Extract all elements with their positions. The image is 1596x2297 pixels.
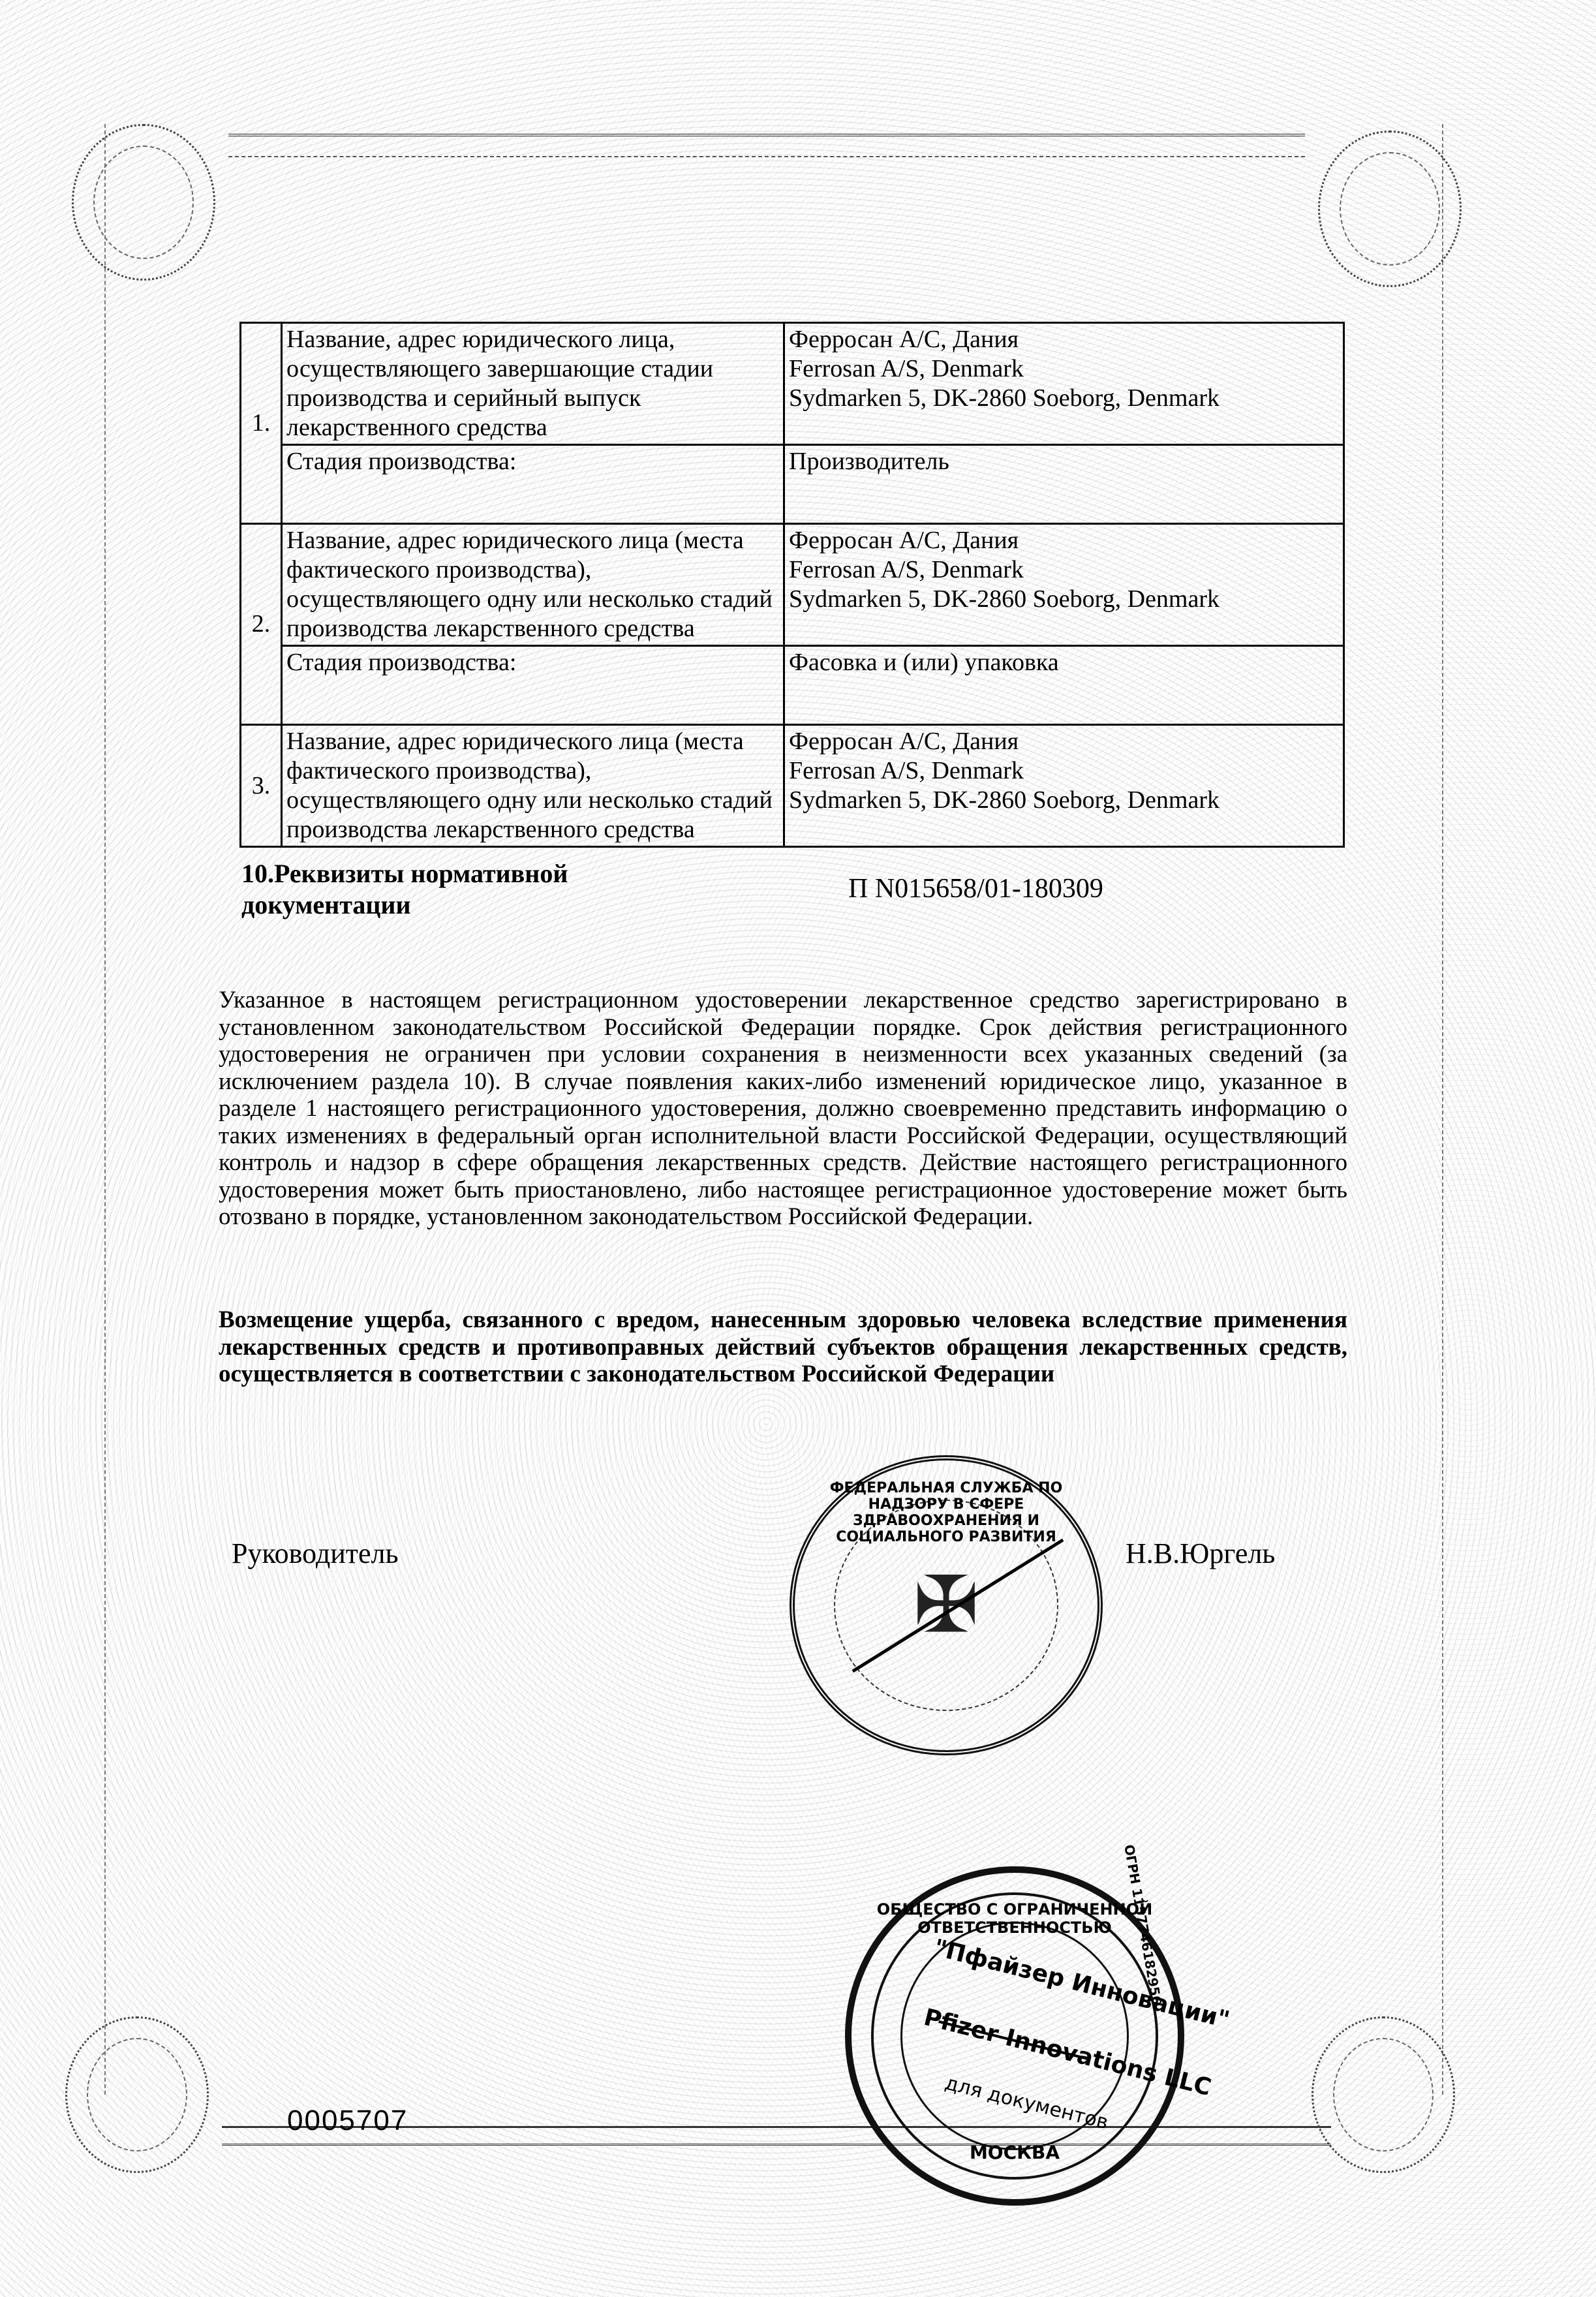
table-row: 2. Название, адрес юридического лица (ме…	[241, 524, 1344, 646]
government-seal-stamp: ФЕДЕРАЛЬНАЯ СЛУЖБА ПО НАДЗОРУ В СФЕРЕ ЗД…	[790, 1455, 1103, 1755]
label-line: фактического производства),	[286, 555, 779, 585]
ornamental-border-top	[228, 134, 1305, 157]
normative-document-code: П N015658/01-180309	[848, 873, 1103, 904]
value-line: Ferrosan A/S, Denmark	[789, 756, 1339, 786]
table-row: Стадия производства: Производитель	[241, 445, 1344, 524]
value-line: Ferrosan A/S, Denmark	[789, 555, 1339, 585]
company-stamp: ОБЩЕСТВО С ОГРАНИЧЕННОЙ ОТВЕТСТВЕННОСТЬЮ…	[845, 1866, 1184, 2206]
stamp-city: МОСКВА	[852, 2142, 1178, 2163]
stage-value: Производитель	[784, 445, 1344, 524]
value-line: Sydmarken 5, DK-2860 Soeborg, Denmark	[789, 585, 1339, 614]
rosette-ornament-icon	[65, 2016, 209, 2173]
entity-name-value: Ферросан А/С, Дания Ferrosan A/S, Denmar…	[784, 725, 1344, 847]
validity-paragraph: Указанное в настоящем регистрационном уд…	[219, 987, 1347, 1231]
rosette-ornament-icon	[1312, 2016, 1455, 2173]
label-line: фактического производства),	[286, 756, 779, 786]
form-serial-number: 0005707	[287, 2104, 408, 2137]
label-line: Название, адрес юридического лица (места	[286, 526, 779, 555]
liability-paragraph: Возмещение ущерба, связанного с вредом, …	[219, 1306, 1347, 1388]
row-number: 3.	[241, 725, 282, 847]
label-line: производства лекарственного средства	[286, 614, 779, 643]
label-line: осуществляющего одну или несколько стади…	[286, 585, 779, 614]
table-row: Стадия производства: Фасовка и (или) упа…	[241, 646, 1344, 725]
rosette-ornament-icon	[72, 124, 215, 281]
label-line: осуществляющего одну или несколько стади…	[286, 786, 779, 815]
label-line: Название, адрес юридического лица (места	[286, 727, 779, 756]
entity-name-value: Ферросан А/С, Дания Ferrosan A/S, Denmar…	[784, 524, 1344, 646]
entity-name-value: Ферросан А/С, Дания Ferrosan A/S, Denmar…	[784, 323, 1344, 445]
entity-name-label: Название, адрес юридического лица, осуще…	[282, 323, 784, 445]
row-number: 2.	[241, 524, 282, 725]
value-line: Ферросан А/С, Дания	[789, 325, 1339, 354]
seal-ring-text: ФЕДЕРАЛЬНАЯ СЛУЖБА ПО НАДЗОРУ В СФЕРЕ ЗД…	[795, 1480, 1097, 1545]
value-line: Ferrosan A/S, Denmark	[789, 354, 1339, 384]
label-line: осуществляющего завершающие стадии	[286, 354, 779, 384]
label-line: производства и серийный выпуск	[286, 384, 779, 413]
label-line: лекарственного средства	[286, 413, 779, 442]
table-row: 3. Название, адрес юридического лица (ме…	[241, 725, 1344, 847]
value-line: Sydmarken 5, DK-2860 Soeborg, Denmark	[789, 384, 1339, 413]
value-line: Ферросан А/С, Дания	[789, 526, 1339, 555]
signatory-name: Н.В.Юргель	[1126, 1537, 1275, 1570]
row-number: 1.	[241, 323, 282, 524]
rosette-ornament-icon	[1318, 131, 1462, 287]
signatory-title: Руководитель	[232, 1537, 399, 1570]
entity-name-label: Название, адрес юридического лица (места…	[282, 725, 784, 847]
stage-value: Фасовка и (или) упаковка	[784, 646, 1344, 725]
stage-label: Стадия производства:	[282, 445, 784, 524]
entity-name-label: Название, адрес юридического лица (места…	[282, 524, 784, 646]
section-title-line: 10.Реквизиты нормативной	[241, 858, 568, 889]
value-line: Ферросан А/С, Дания	[789, 727, 1339, 756]
value-line: Sydmarken 5, DK-2860 Soeborg, Denmark	[789, 786, 1339, 815]
stage-label: Стадия производства:	[282, 646, 784, 725]
ornamental-border-left	[104, 124, 119, 2095]
label-line: производства лекарственного средства	[286, 815, 779, 844]
label-line: Название, адрес юридического лица,	[286, 325, 779, 354]
table-row: 1. Название, адрес юридического лица, ос…	[241, 323, 1344, 445]
coat-of-arms-icon: ✠	[913, 1560, 979, 1651]
manufacturing-sites-table: 1. Название, адрес юридического лица, ос…	[239, 322, 1345, 848]
section-title-line: документации	[241, 889, 568, 921]
stamp-ring-text: ОБЩЕСТВО С ОГРАНИЧЕННОЙ ОТВЕТСТВЕННОСТЬЮ	[852, 1900, 1178, 1937]
ornamental-border-right	[1429, 124, 1443, 2095]
section-10-title: 10.Реквизиты нормативной документации	[241, 858, 568, 921]
